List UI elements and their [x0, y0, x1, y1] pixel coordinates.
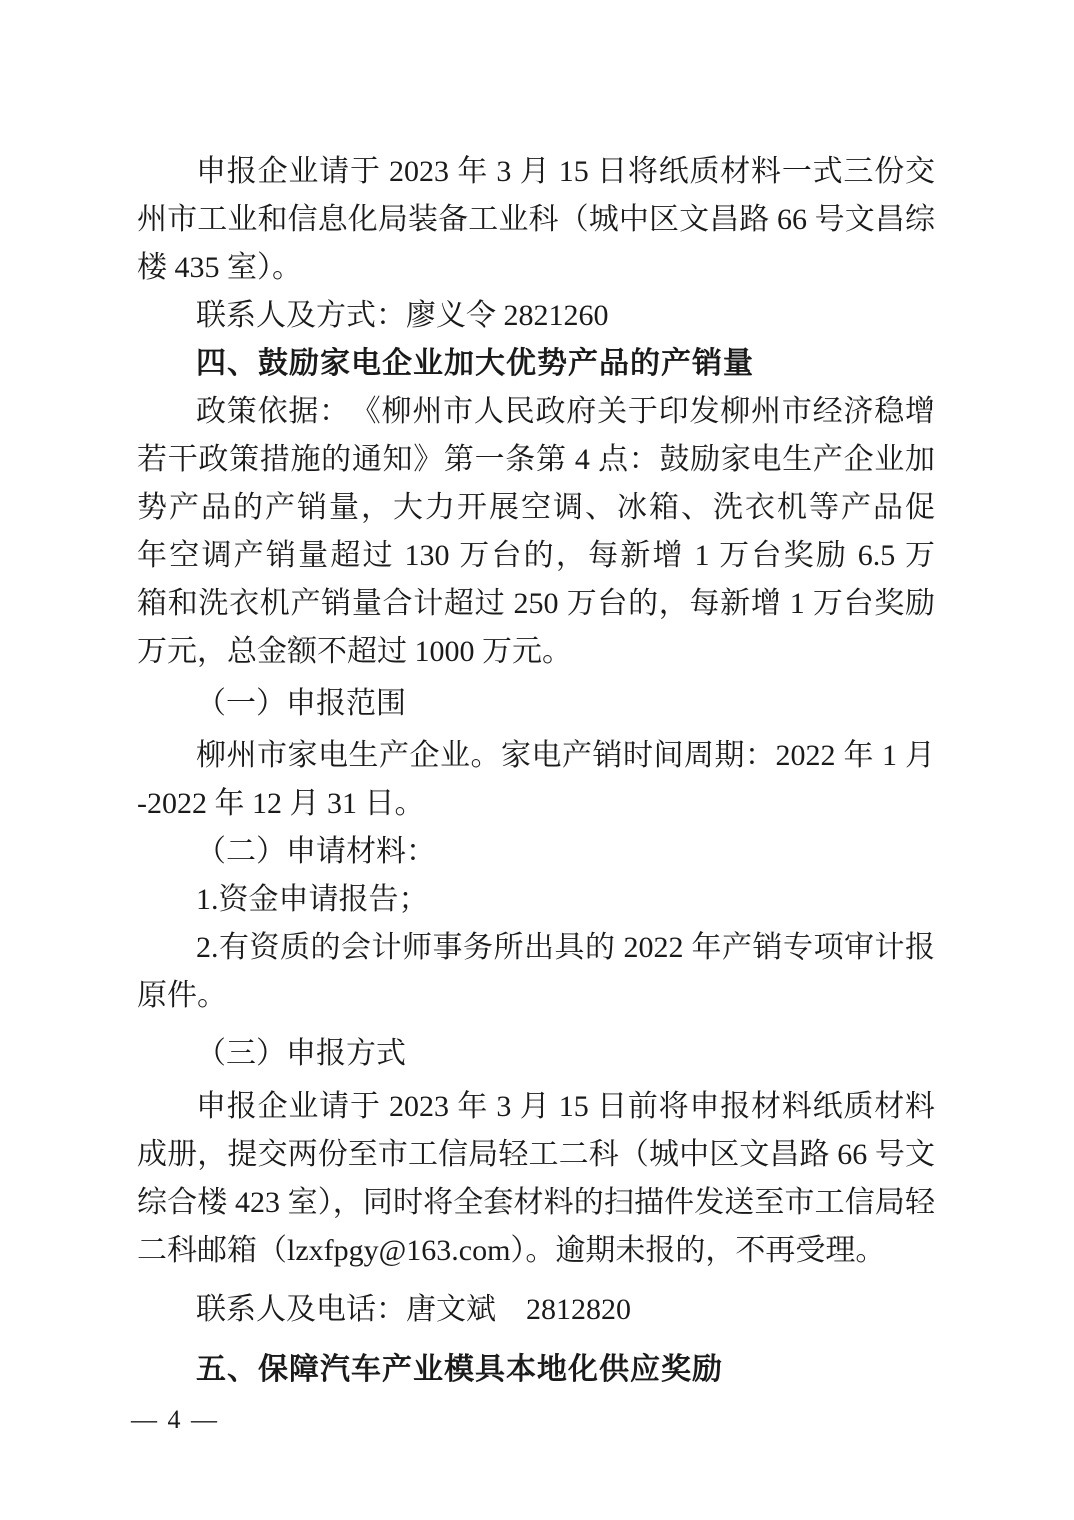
body-line: 综合楼 423 室），同时将全套材料的扫描件发送至市工信局轻工 [137, 1179, 935, 1227]
body-line: 成册，提交两份至市工信局轻工二科（城中区文昌路 66 号文昌 [137, 1131, 935, 1179]
body-line: 势产品的产销量，大力开展空调、冰箱、洗衣机等产品促销，2022 [137, 484, 935, 532]
list-item: 2.有资质的会计师事务所出具的 2022 年产销专项审计报告 [137, 924, 935, 972]
subsection-3-heading: （三）申报方式 [137, 1030, 935, 1078]
document-body: 申报企业请于 2023 年 3 月 15 日将纸质材料一式三份交至柳 州市工业和… [137, 148, 935, 1394]
subsection-2-heading: （二）申请材料： [137, 828, 935, 876]
body-line: 万元，总金额不超过 1000 万元。 [137, 628, 935, 676]
contact-line-2: 联系人及电话：唐文斌 2812820 [137, 1286, 935, 1334]
section-4-heading: 四、鼓励家电企业加大优势产品的产销量 [137, 340, 935, 388]
list-item: 1.资金申请报告； [137, 876, 935, 924]
contact-line-1: 联系人及方式：廖义令 2821260 [137, 292, 935, 340]
body-line: 柳州市家电生产企业。家电产销时间周期：2022 年 1 月 1 日 [137, 732, 935, 780]
body-line: -2022 年 12 月 31 日。 [137, 780, 935, 828]
body-line: 若干政策措施的通知》第一条第 4 点：鼓励家电生产企业加大优 [137, 436, 935, 484]
body-line: 箱和洗衣机产销量合计超过 250 万台的，每新增 1 万台奖励 3.5 [137, 580, 935, 628]
list-item: 原件。 [137, 972, 935, 1020]
section-5-heading: 五、保障汽车产业模具本地化供应奖励 [137, 1346, 935, 1394]
body-line: 年空调产销量超过 130 万台的，每新增 1 万台奖励 6.5 万元；冰 [137, 532, 935, 580]
subsection-1-heading: （一）申报范围 [137, 680, 935, 728]
body-line: 申报企业请于 2023 年 3 月 15 日将纸质材料一式三份交至柳 [137, 148, 935, 196]
body-line: 二科邮箱（lzxfpgy@163.com）。逾期未报的，不再受理。 [137, 1227, 935, 1275]
body-line: 政策依据： 《柳州市人民政府关于印发柳州市经济稳增长的 [137, 388, 935, 436]
body-line: 楼 435 室）。 [137, 244, 935, 292]
page-number: — 4 — [131, 1403, 219, 1437]
body-line: 申报企业请于 2023 年 3 月 15 日前将申报材料纸质材料装订 [137, 1083, 935, 1131]
document-page: 申报企业请于 2023 年 3 月 15 日将纸质材料一式三份交至柳 州市工业和… [0, 0, 1074, 1520]
body-line: 州市工业和信息化局装备工业科（城中区文昌路 66 号文昌综合 [137, 196, 935, 244]
